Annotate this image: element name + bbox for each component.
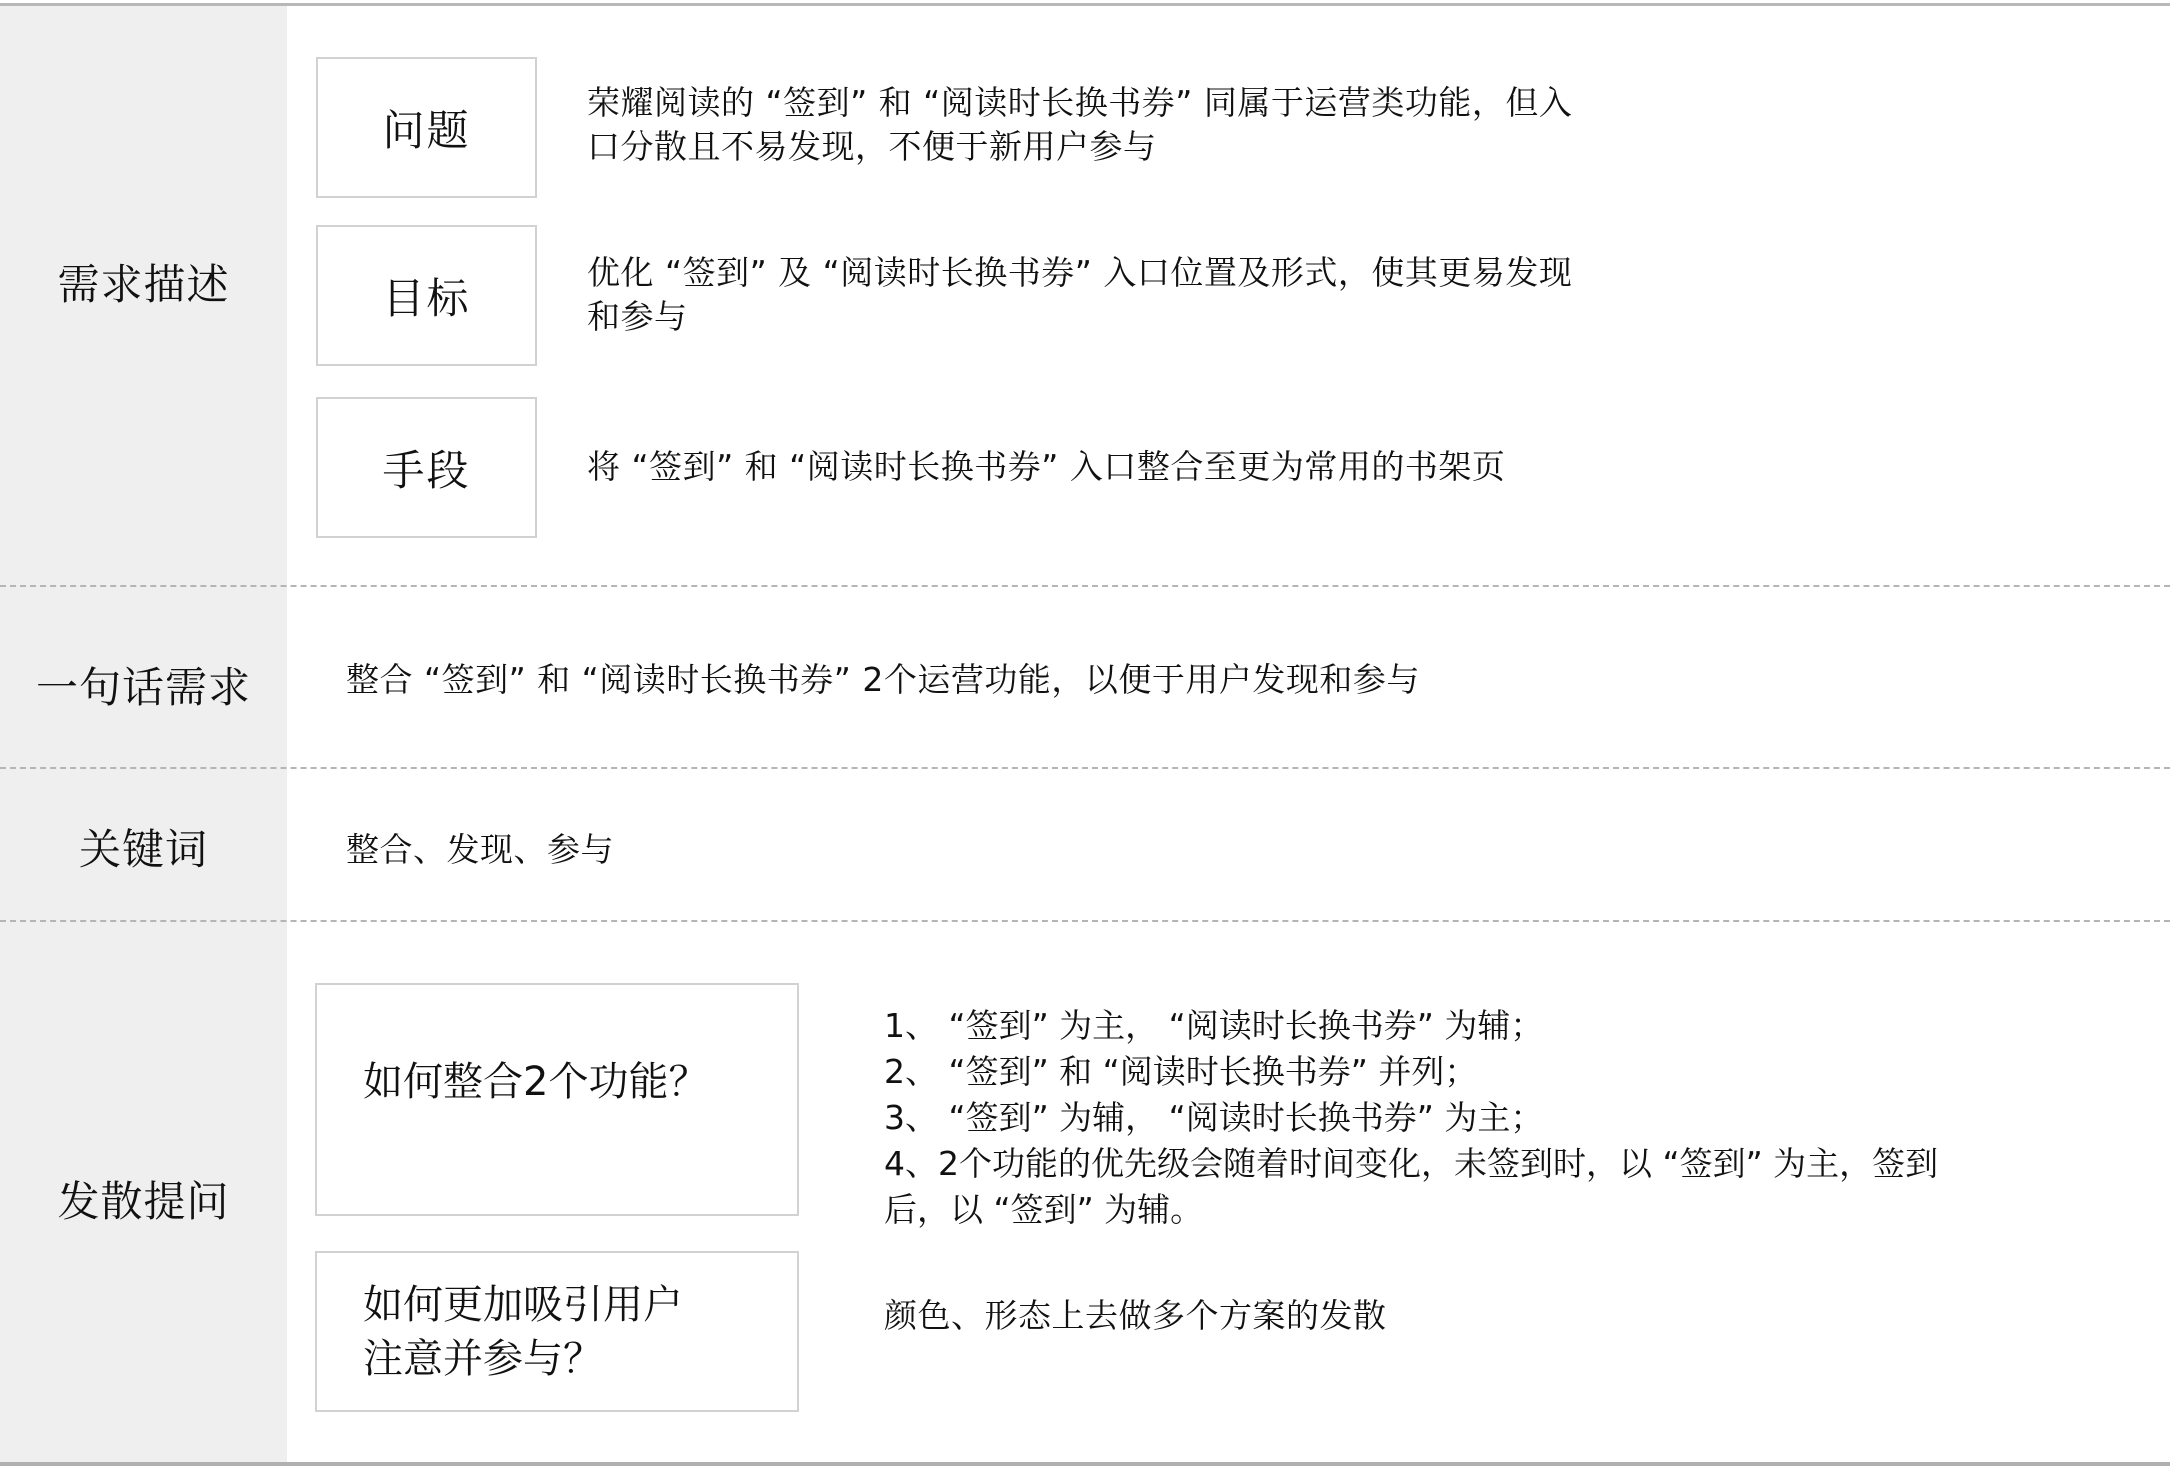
goal-text-line-1: 优化 “签到” 及 “阅读时长换书券” 入口位置及形式，使其更易发现 xyxy=(587,251,1572,295)
problem-text-line-2: 口分散且不易发现，不便于新用户参与 xyxy=(587,125,1572,169)
tag-problem-label: 问题 xyxy=(382,98,470,158)
answer-integrate-line-1: 1、 “签到” 为主， “阅读时长换书券” 为辅； xyxy=(884,1003,1938,1049)
answer-integrate-line-3: 3、 “签到” 为辅， “阅读时长换书券” 为主； xyxy=(884,1095,1938,1141)
section-label-one-sentence: 一句话需求 xyxy=(0,663,287,713)
tag-goal-label: 目标 xyxy=(382,266,470,326)
question-integrate-line-1: 如何整合2个功能？ xyxy=(363,1055,797,1109)
goal-text-line-2: 和参与 xyxy=(587,295,1572,339)
problem-text-line-1: 荣耀阅读的 “签到” 和 “阅读时长换书券” 同属于运营类功能，但入 xyxy=(587,81,1572,125)
section-label-requirement-description: 需求描述 xyxy=(0,260,287,310)
method-text: 将 “签到” 和 “阅读时长换书券” 入口整合至更为常用的书架页 xyxy=(587,445,1505,489)
bottom-border xyxy=(0,1462,2170,1466)
divider xyxy=(0,920,2170,922)
problem-text: 荣耀阅读的 “签到” 和 “阅读时长换书券” 同属于运营类功能，但入 口分散且不… xyxy=(587,81,1572,169)
section-label-divergent-questions: 发散提问 xyxy=(0,1177,287,1227)
question-box-attract: 如何更加吸引用户 注意并参与？ xyxy=(315,1251,799,1412)
question-attract-line-2: 注意并参与？ xyxy=(363,1332,797,1386)
method-text-line-1: 将 “签到” 和 “阅读时长换书券” 入口整合至更为常用的书架页 xyxy=(587,445,1505,489)
question-box-integrate: 如何整合2个功能？ xyxy=(315,983,799,1216)
answer-integrate-line-4: 4、2个功能的优先级会随着时间变化，未签到时，以 “签到” 为主，签到 xyxy=(884,1141,1938,1187)
tag-box-goal: 目标 xyxy=(316,225,537,366)
divider xyxy=(0,767,2170,769)
goal-text: 优化 “签到” 及 “阅读时长换书券” 入口位置及形式，使其更易发现 和参与 xyxy=(587,251,1572,339)
tag-box-problem: 问题 xyxy=(316,57,537,198)
label-column xyxy=(0,6,287,1462)
one-sentence-text: 整合 “签到” 和 “阅读时长换书券” 2个运营功能，以便于用户发现和参与 xyxy=(346,658,1420,702)
keywords-text: 整合、发现、参与 xyxy=(346,828,614,872)
tag-box-method: 手段 xyxy=(316,397,537,538)
tag-method-label: 手段 xyxy=(382,438,470,498)
answer-list-integrate: 1、 “签到” 为主， “阅读时长换书券” 为辅； 2、 “签到” 和 “阅读时… xyxy=(884,1003,1938,1233)
answer-integrate-line-2: 2、 “签到” 和 “阅读时长换书券” 并列； xyxy=(884,1049,1938,1095)
answer-attract-text: 颜色、形态上去做多个方案的发散 xyxy=(884,1294,1387,1338)
top-border xyxy=(0,3,2170,6)
section-label-keywords: 关键词 xyxy=(0,825,287,875)
question-attract-line-1: 如何更加吸引用户 xyxy=(363,1278,797,1332)
answer-integrate-line-5: 后，以 “签到” 为辅。 xyxy=(884,1187,1938,1233)
divider xyxy=(0,585,2170,587)
